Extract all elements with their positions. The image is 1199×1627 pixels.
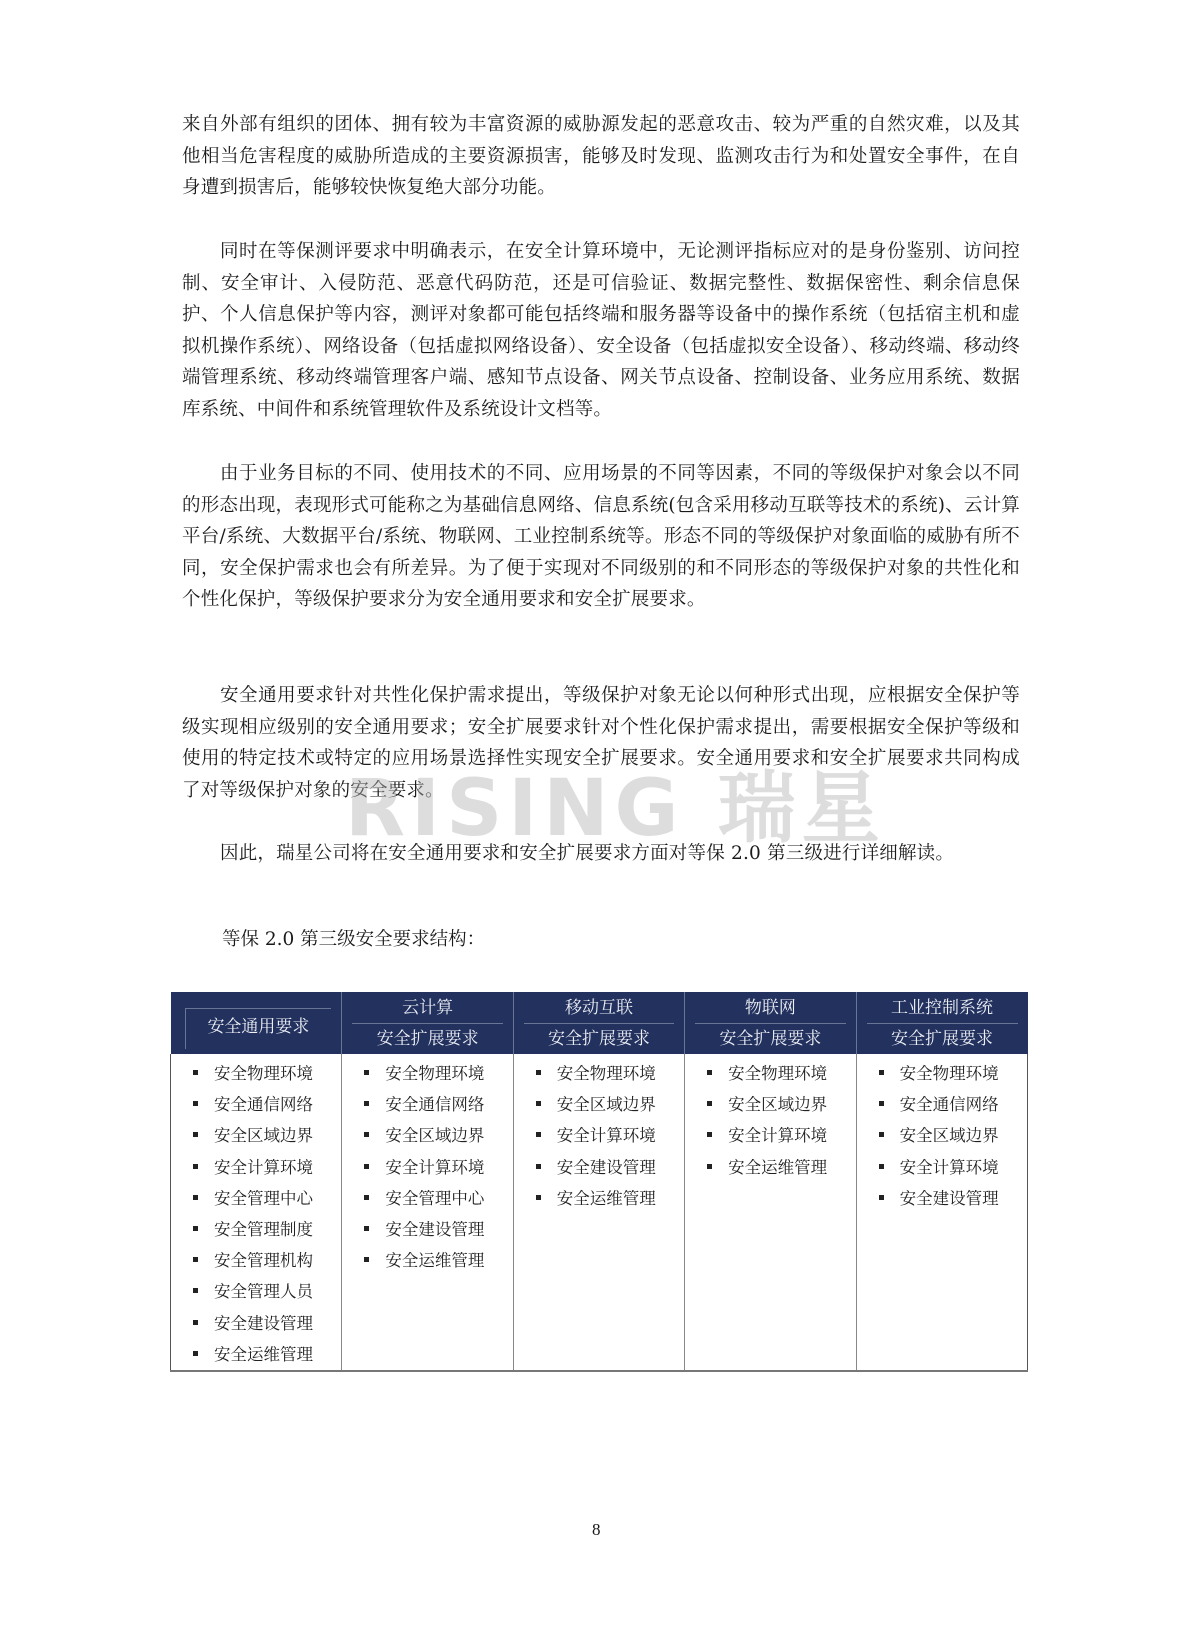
bullet-icon bbox=[193, 1288, 198, 1293]
column-iot: 安全物理环境安全区域边界安全计算环境安全运维管理 bbox=[685, 1054, 856, 1371]
list-item: 安全物理环境 bbox=[879, 1058, 1027, 1089]
bullet-icon bbox=[193, 1257, 198, 1262]
header-subtitle: 安全扩展要求 bbox=[857, 1024, 1028, 1054]
list-item: 安全物理环境 bbox=[364, 1058, 512, 1089]
list-item-label: 安全物理环境 bbox=[214, 1064, 313, 1083]
bullet-icon bbox=[879, 1195, 884, 1200]
list-item: 安全计算环境 bbox=[879, 1152, 1027, 1183]
list-item-label: 安全区域边界 bbox=[385, 1126, 484, 1145]
bullet-icon bbox=[536, 1070, 541, 1075]
list-item: 安全通信网络 bbox=[193, 1089, 341, 1120]
list-item: 安全管理中心 bbox=[193, 1183, 341, 1214]
bullet-icon bbox=[364, 1101, 369, 1106]
page-number: 8 bbox=[592, 1520, 601, 1540]
bullet-icon bbox=[364, 1132, 369, 1137]
table-caption: 等保 2.0 第三级安全要求结构： bbox=[222, 924, 485, 955]
column-header-ics: 工业控制系统 安全扩展要求 bbox=[856, 992, 1027, 1054]
paragraph-3: 由于业务目标的不同、使用技术的不同、应用场景的不同等因素，不同的等级保护对象会以… bbox=[182, 458, 1020, 616]
bullet-icon bbox=[536, 1132, 541, 1137]
list-item: 安全运维管理 bbox=[707, 1152, 855, 1183]
paragraph-1: 来自外部有组织的团体、拥有较为丰富资源的威胁源发起的恶意攻击、较为严重的自然灾难… bbox=[182, 109, 1020, 204]
list-item: 安全物理环境 bbox=[707, 1058, 855, 1089]
list-item-label: 安全物理环境 bbox=[385, 1064, 484, 1083]
bullet-icon bbox=[193, 1320, 198, 1325]
list-item: 安全区域边界 bbox=[536, 1089, 684, 1120]
list-item-label: 安全运维管理 bbox=[214, 1345, 313, 1364]
list-item: 安全运维管理 bbox=[193, 1339, 341, 1370]
header-subtitle: 安全扩展要求 bbox=[514, 1024, 684, 1054]
list-item: 安全建设管理 bbox=[364, 1214, 512, 1245]
list-item-label: 安全通信网络 bbox=[900, 1095, 999, 1114]
list-item-label: 安全运维管理 bbox=[557, 1189, 656, 1208]
header-subtitle: 安全扩展要求 bbox=[685, 1024, 855, 1054]
header-subtitle: 安全扩展要求 bbox=[342, 1024, 512, 1054]
column-ics: 安全物理环境安全通信网络安全区域边界安全计算环境安全建设管理 bbox=[856, 1054, 1027, 1371]
bullet-icon bbox=[364, 1226, 369, 1231]
bullet-icon bbox=[879, 1101, 884, 1106]
list-item-label: 安全建设管理 bbox=[900, 1189, 999, 1208]
header-title: 云计算 bbox=[352, 993, 502, 1024]
list-item: 安全通信网络 bbox=[879, 1089, 1027, 1120]
bullet-icon bbox=[193, 1351, 198, 1356]
list-item-label: 安全计算环境 bbox=[214, 1158, 313, 1177]
header-title: 工业控制系统 bbox=[867, 993, 1018, 1024]
list-item-label: 安全通信网络 bbox=[214, 1095, 313, 1114]
bullet-icon bbox=[193, 1226, 198, 1231]
list-item-label: 安全管理机构 bbox=[214, 1251, 313, 1270]
column-header-general: 安全通用要求 bbox=[171, 992, 342, 1054]
bullet-icon bbox=[193, 1101, 198, 1106]
list-item-label: 安全管理制度 bbox=[214, 1220, 313, 1239]
column-header-iot: 物联网 安全扩展要求 bbox=[685, 992, 856, 1054]
list-item: 安全物理环境 bbox=[193, 1058, 341, 1089]
list-item-label: 安全建设管理 bbox=[214, 1314, 313, 1333]
list-item: 安全建设管理 bbox=[193, 1308, 341, 1339]
bullet-icon bbox=[536, 1164, 541, 1169]
list-item-label: 安全区域边界 bbox=[557, 1095, 656, 1114]
list-item: 安全计算环境 bbox=[707, 1120, 855, 1151]
header-title: 移动互联 bbox=[524, 993, 674, 1024]
list-item-label: 安全物理环境 bbox=[557, 1064, 656, 1083]
list-item: 安全管理机构 bbox=[193, 1245, 341, 1276]
bullet-icon bbox=[193, 1164, 198, 1169]
list-item-label: 安全管理中心 bbox=[385, 1189, 484, 1208]
list-item: 安全物理环境 bbox=[536, 1058, 684, 1089]
bullet-icon bbox=[193, 1195, 198, 1200]
security-requirements-table: 安全通用要求 云计算 安全扩展要求 移动互联 安全扩展要求 物联网 安全扩展要求… bbox=[170, 992, 1028, 1372]
list-item: 安全建设管理 bbox=[536, 1152, 684, 1183]
list-item-label: 安全计算环境 bbox=[900, 1158, 999, 1177]
list-item: 安全管理中心 bbox=[364, 1183, 512, 1214]
list-item: 安全区域边界 bbox=[364, 1120, 512, 1151]
list-item-label: 安全物理环境 bbox=[728, 1064, 827, 1083]
list-item-label: 安全建设管理 bbox=[557, 1158, 656, 1177]
column-header-mobile: 移动互联 安全扩展要求 bbox=[513, 992, 684, 1054]
list-item-label: 安全通信网络 bbox=[385, 1095, 484, 1114]
bullet-icon bbox=[193, 1070, 198, 1075]
list-item: 安全区域边界 bbox=[193, 1120, 341, 1151]
paragraph-2: 同时在等保测评要求中明确表示，在安全计算环境中，无论测评指标应对的是身份鉴别、访… bbox=[182, 236, 1020, 425]
list-item-label: 安全计算环境 bbox=[557, 1126, 656, 1145]
list-item: 安全运维管理 bbox=[364, 1245, 512, 1276]
list-item: 安全建设管理 bbox=[879, 1183, 1027, 1214]
list-item-label: 安全管理中心 bbox=[214, 1189, 313, 1208]
list-item: 安全通信网络 bbox=[364, 1089, 512, 1120]
list-item: 安全管理制度 bbox=[193, 1214, 341, 1245]
bullet-icon bbox=[707, 1164, 712, 1169]
bullet-icon bbox=[364, 1257, 369, 1262]
list-item: 安全区域边界 bbox=[707, 1089, 855, 1120]
bullet-icon bbox=[707, 1101, 712, 1106]
column-general: 安全物理环境安全通信网络安全区域边界安全计算环境安全管理中心安全管理制度安全管理… bbox=[171, 1054, 342, 1371]
column-header-cloud: 云计算 安全扩展要求 bbox=[342, 992, 513, 1054]
bullet-icon bbox=[193, 1132, 198, 1137]
list-item-label: 安全区域边界 bbox=[900, 1126, 999, 1145]
list-item-label: 安全计算环境 bbox=[728, 1126, 827, 1145]
list-item-label: 安全管理人员 bbox=[214, 1282, 313, 1301]
bullet-icon bbox=[879, 1070, 884, 1075]
bullet-icon bbox=[536, 1101, 541, 1106]
header-title: 物联网 bbox=[695, 993, 845, 1024]
list-item-label: 安全运维管理 bbox=[728, 1158, 827, 1177]
list-item-label: 安全建设管理 bbox=[385, 1220, 484, 1239]
paragraph-5: 因此，瑞星公司将在安全通用要求和安全扩展要求方面对等保 2.0 第三级进行详细解… bbox=[182, 838, 1020, 870]
list-item-label: 安全物理环境 bbox=[900, 1064, 999, 1083]
list-item-label: 安全运维管理 bbox=[385, 1251, 484, 1270]
column-cloud: 安全物理环境安全通信网络安全区域边界安全计算环境安全管理中心安全建设管理安全运维… bbox=[342, 1054, 513, 1371]
column-mobile: 安全物理环境安全区域边界安全计算环境安全建设管理安全运维管理 bbox=[513, 1054, 684, 1371]
list-item: 安全计算环境 bbox=[364, 1152, 512, 1183]
list-item: 安全管理人员 bbox=[193, 1276, 341, 1307]
list-item: 安全计算环境 bbox=[536, 1120, 684, 1151]
bullet-icon bbox=[364, 1195, 369, 1200]
bullet-icon bbox=[879, 1132, 884, 1137]
paragraph-4: 安全通用要求针对共性化保护需求提出，等级保护对象无论以何种形式出现，应根据安全保… bbox=[182, 680, 1020, 806]
list-item: 安全运维管理 bbox=[536, 1183, 684, 1214]
bullet-icon bbox=[364, 1070, 369, 1075]
bullet-icon bbox=[536, 1195, 541, 1200]
list-item: 安全区域边界 bbox=[879, 1120, 1027, 1151]
bullet-icon bbox=[707, 1132, 712, 1137]
list-item-label: 安全区域边界 bbox=[214, 1126, 313, 1145]
bullet-icon bbox=[879, 1164, 884, 1169]
bullet-icon bbox=[707, 1070, 712, 1075]
list-item-label: 安全区域边界 bbox=[728, 1095, 827, 1114]
list-item-label: 安全计算环境 bbox=[385, 1158, 484, 1177]
header-title: 安全通用要求 bbox=[185, 1008, 332, 1049]
bullet-icon bbox=[364, 1164, 369, 1169]
list-item: 安全计算环境 bbox=[193, 1152, 341, 1183]
